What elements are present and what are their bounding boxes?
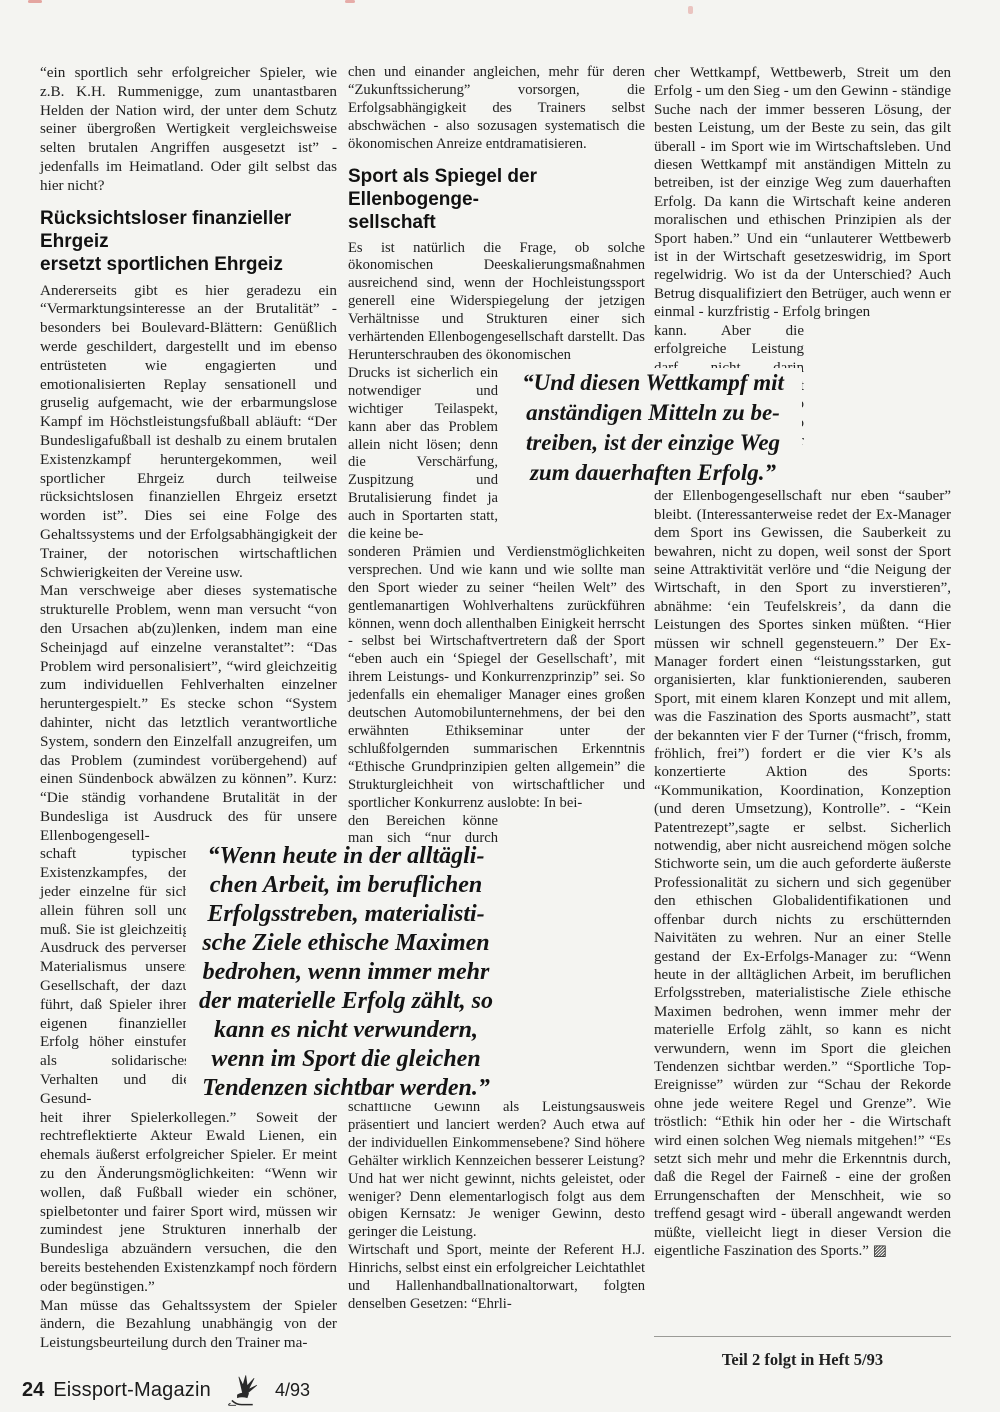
column-middle: chen und einander angleichen, mehr für d… bbox=[348, 64, 645, 1314]
column-left: “ein sportlich sehr erfolgreicher Spiele… bbox=[40, 64, 337, 1353]
pull-quote-maximen: “Wenn heute in der alltägli- chen Arbeit… bbox=[186, 842, 506, 1103]
page-footer: 24 Eissport-Magazin 4/93 bbox=[0, 1372, 1000, 1412]
paragraph-gehaltssystem: Man müsse das Gehaltssystem der Spieler … bbox=[40, 1297, 337, 1353]
end-rule bbox=[654, 1336, 951, 1337]
paragraph-spiegel-narrow: Drucks ist sicherlich ein notwendiger un… bbox=[348, 365, 498, 544]
section-heading-spiegel: Sport als Spiegel der Ellenbogenge- sell… bbox=[348, 165, 645, 234]
paragraph-hinrichs: Wirtschaft und Sport, meinte der Referen… bbox=[348, 1242, 645, 1314]
paragraph-lienen: heit ihrer Spielerkollegen.” Soweit der … bbox=[40, 1109, 337, 1297]
paragraph-spiegel: Es ist natürlich die Frage, ob solche ök… bbox=[348, 240, 645, 365]
scan-artifact bbox=[345, 0, 355, 3]
magazine-page: “ein sportlich sehr erfolgreicher Spiele… bbox=[0, 0, 1000, 1412]
winged-skate-icon bbox=[222, 1374, 264, 1411]
column-right: cher Wettkampf, Wettbewerb, Streit um de… bbox=[654, 64, 951, 1260]
paragraph-problem-narrow: schaft typischen Existenzkampfes, den je… bbox=[40, 845, 190, 1108]
paragraph-vermarktung: Andererseits gibt es hier geradezu ein “… bbox=[40, 282, 337, 583]
paragraph-gewinn: schaftliche Gewinn als Leistungsausweis … bbox=[348, 1099, 645, 1242]
paragraph-wettkampf: cher Wettkampf, Wettbewerb, Streit um de… bbox=[654, 64, 951, 322]
section-heading-ehrgeiz: Rücksichtsloser finanzieller Ehrgeiz ers… bbox=[40, 207, 337, 276]
paragraph-exmanager: der Ellenbogengesellschaft nur eben “sau… bbox=[654, 487, 951, 1260]
page-number: 24 bbox=[22, 1379, 44, 1402]
scan-artifact bbox=[688, 6, 693, 14]
pull-quote-wettkampf: “Und diesen Wettkampf mit anständigen Mi… bbox=[504, 368, 802, 488]
magazine-title: Eissport-Magazin bbox=[53, 1379, 211, 1402]
paragraph-problem: Man verschweige aber dieses systematisch… bbox=[40, 582, 337, 845]
issue-number: 4/93 bbox=[275, 1380, 310, 1401]
paragraph-opening-quote: “ein sportlich sehr erfolgreicher Spiele… bbox=[40, 64, 337, 196]
scan-artifact bbox=[28, 0, 42, 3]
paragraph-manager: sonderen Prämien und Verdienstmöglichkei… bbox=[348, 544, 645, 813]
paragraph-zukunftssicherung: chen und einander angleichen, mehr für d… bbox=[348, 64, 645, 154]
